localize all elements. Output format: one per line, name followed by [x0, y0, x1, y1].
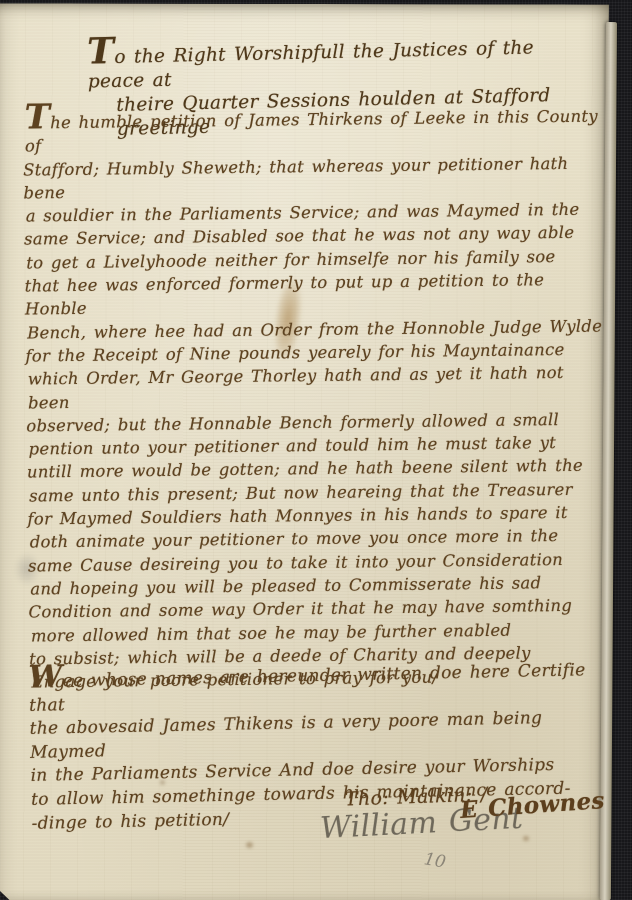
manuscript-line: that hee was enforced formerly to put up… — [24, 268, 603, 322]
folio-number-pencil: 10 — [422, 849, 447, 872]
manuscript-line: which Order, Mr George Thorley hath and … — [28, 361, 607, 415]
foxing-spot — [523, 836, 529, 841]
petition-body: The humble petition of James Thirkens of… — [22, 99, 607, 693]
manuscript-line: Stafford; Humbly Sheweth; that whereas y… — [23, 151, 602, 205]
foxing-spot — [246, 842, 253, 848]
manuscript-photo: To the Right Worshipfull the Justices of… — [0, 0, 632, 900]
manuscript-line: The humble petition of James Thirkens of… — [24, 99, 603, 158]
